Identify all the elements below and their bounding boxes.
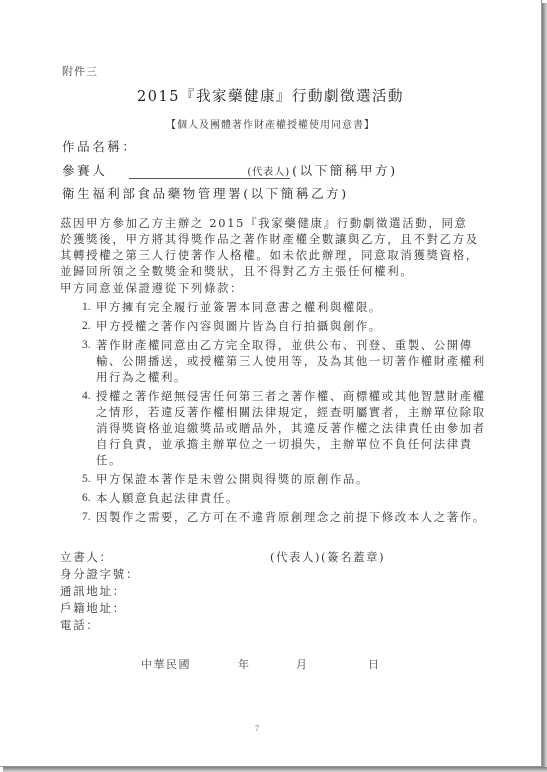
clause-text: 甲方授權之著作內容與圖片皆為自行拍攝與創作。 (96, 319, 382, 333)
page-shadow-right (542, 3, 547, 772)
clause-text: 本人願意負起法律責任。 (96, 491, 239, 505)
clause-item: 2.甲方授權之著作內容與圖片皆為自行拍攝與創作。 (82, 318, 492, 334)
id-number-label: 身分證字號： (60, 566, 139, 582)
participant-rep: (代表人) (247, 167, 290, 179)
clause-number: 3. (82, 337, 91, 353)
clause-number: 6. (82, 490, 91, 506)
document-subtitle: 【個人及團體著作財產權授權使用同意書】 (0, 116, 541, 131)
household-address-label: 戶籍地址： (60, 600, 126, 616)
work-name-field: 作品名稱： (62, 137, 138, 155)
date-year: 年 (238, 656, 251, 672)
date-era: 中華民國 (141, 656, 191, 672)
participant-blank-line (129, 166, 247, 179)
document-title: 2015『我家藥健康』行動劇徵選活動 (0, 85, 541, 106)
date-day: 日 (368, 656, 381, 672)
page-shadow-bottom (3, 767, 547, 772)
clause-number: 7. (82, 509, 91, 525)
page-number: 7 (255, 724, 259, 733)
participant-field: 參賽人(代表人)(以下簡稱甲方) (62, 161, 398, 179)
clause-number: 5. (82, 471, 91, 487)
clause-item: 3.著作財產權同意由乙方完全取得，並供公布、刊登、重製、公開傳輸、公開播送，或授… (82, 337, 492, 385)
clauses-heading: 甲方同意並保證遵從下列條款： (60, 280, 243, 296)
intro-paragraph: 茲因甲方參加乙方主辦之 2015『我家藥健康』行動劇徵選活動，同意於獲獎後，甲方… (60, 215, 480, 279)
mail-address-label: 通訊地址： (60, 583, 126, 599)
clause-number: 1. (82, 299, 91, 315)
clause-number: 4. (82, 388, 91, 404)
clause-item: 6.本人願意負起法律責任。 (82, 490, 492, 506)
date-month: 月 (296, 656, 309, 672)
clause-number: 2. (82, 318, 91, 334)
signer-label: 立書人： (60, 549, 113, 565)
agency-field: 衛生福利部食品藥物管理署(以下簡稱乙方) (62, 184, 349, 202)
clause-text: 授權之著作絕無侵害任何第三者之著作權、商標權或其他智慧財產權之情形，若違反著作權… (96, 389, 486, 467)
participant-suffix: (以下簡稱甲方) (292, 163, 398, 178)
clause-item: 7.因製作之需要，乙方可在不違背原創理念之前提下修改本人之著作。 (82, 509, 492, 525)
clause-text: 著作財產權同意由乙方完全取得，並供公布、刊登、重製、公開傳輸、公開播送，或授權第… (96, 338, 486, 384)
clause-text: 甲方擁有完全履行並簽署本同意書之權利與權限。 (96, 300, 382, 314)
phone-label: 電話： (60, 617, 100, 633)
work-name-label: 作品名稱： (62, 139, 138, 154)
clause-item: 5.甲方保證本著作是未曾公開與得獎的原創作品。 (82, 471, 492, 487)
clause-text: 甲方保證本著作是未曾公開與得獎的原創作品。 (96, 472, 369, 486)
document-page: 附件三 2015『我家藥健康』行動劇徵選活動 【個人及團體著作財產權授權使用同意… (0, 0, 542, 767)
participant-label: 參賽人 (62, 163, 107, 178)
attachment-label: 附件三 (62, 63, 98, 79)
clauses-list: 1.甲方擁有完全履行並簽署本同意書之權利與權限。 2.甲方授權之著作內容與圖片皆… (82, 299, 492, 528)
clause-text: 因製作之需要，乙方可在不違背原創理念之前提下修改本人之著作。 (96, 510, 486, 524)
signer-rep-label: (代表人)(簽名蓋章) (270, 549, 385, 565)
clause-item: 4.授權之著作絕無侵害任何第三者之著作權、商標權或其他智慧財產權之情形，若違反著… (82, 388, 492, 468)
clause-item: 1.甲方擁有完全履行並簽署本同意書之權利與權限。 (82, 299, 492, 315)
